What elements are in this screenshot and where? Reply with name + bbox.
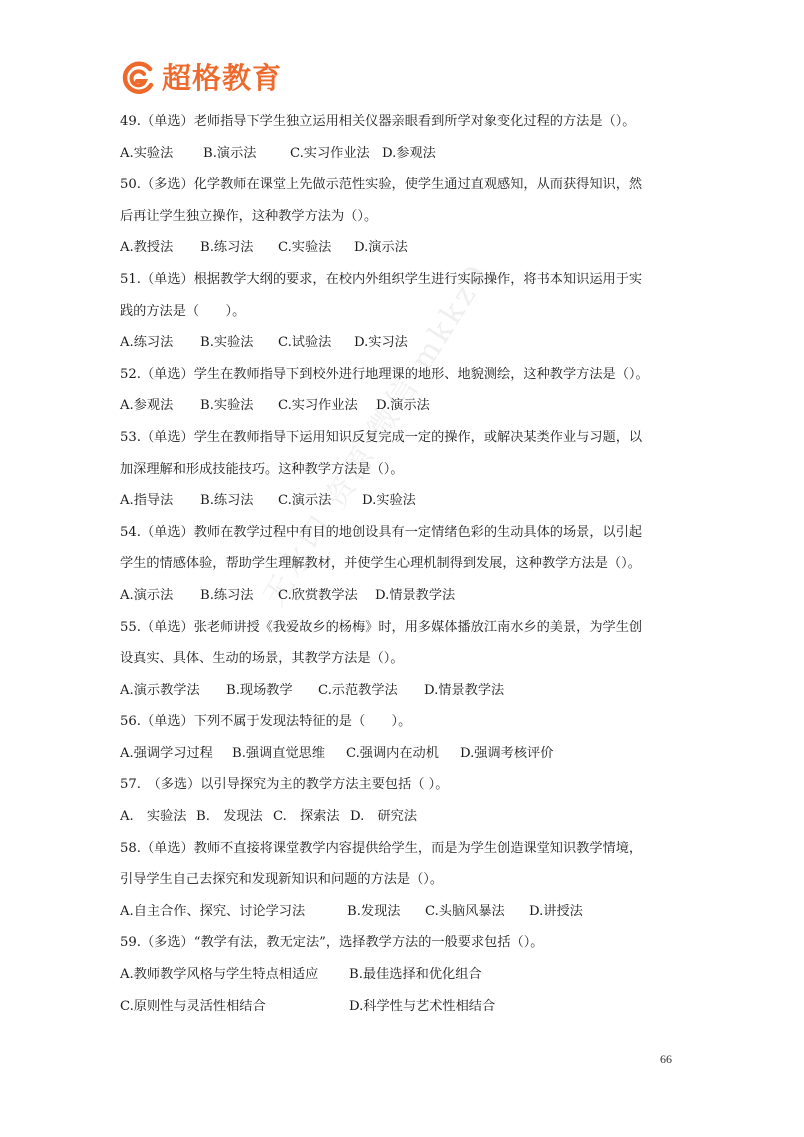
question-58-text-cont: 引导学生自己去探究和发现新知识和问题的方法是（）。 [120,864,690,896]
question-51-text: 51.（单选）根据教学大纲的要求，在校内外组织学生进行实际操作，将书本知识运用于… [120,264,690,296]
question-52-options: A.参观法B.实验法C.实习作业法D.演示法 [120,390,690,422]
option-b: B.练习法 [200,232,278,264]
option-b: B.实验法 [200,327,278,359]
option-c: C.实验法 [278,232,354,264]
question-59-options-row2: C.原则性与灵活性相结合D.科学性与艺术性相结合 [120,991,690,1023]
question-49-options: A.实验法B.演示法C.实习作业法D.参观法 [120,138,690,170]
question-57-options: A. 实验法B. 发现法C. 探索法D. 研究法 [120,801,690,833]
option-b: B.实验法 [200,390,278,422]
option-a: A. 实验法 [120,801,196,833]
option-a: A.参观法 [120,390,200,422]
option-d: D.实习法 [354,327,408,359]
question-54-text-cont: 学生的情感体验，帮助学生理解教材，并使学生心理机制得到发展，这种教学方法是（）。 [120,548,690,580]
question-50-options: A.教授法B.练习法C.实验法D.演示法 [120,232,690,264]
question-53-text-cont: 加深理解和形成技能技巧。这种教学方法是（）。 [120,454,690,486]
question-51-text-cont: 践的方法是（ ）。 [120,296,690,328]
page-number: 66 [660,1052,672,1067]
option-a: A.演示法 [120,580,200,612]
question-53-text: 53.（单选）学生在教师指导下运用知识反复完成一定的操作，或解决某类作业与习题，… [120,422,690,454]
option-a: A.强调学习过程 [120,738,232,770]
option-b: B.演示法 [203,138,290,170]
option-a: A.演示教学法 [120,675,226,707]
option-d: D. 研究法 [350,801,417,833]
option-a: A.自主合作、探究、讨论学习法 [120,896,347,928]
option-a: A.教师教学风格与学生特点相适应 [120,959,349,991]
option-a: A.实验法 [120,138,203,170]
option-d: D.情景教学法 [375,580,455,612]
question-55-text-cont: 设真实、具体、生动的场景，其教学方法是（）。 [120,643,690,675]
logo-g-icon [120,60,156,96]
option-c: C.演示法 [278,485,362,517]
option-d: D.实验法 [362,485,416,517]
option-b: B.现场教学 [226,675,318,707]
question-50-text: 50.（多选）化学教师在课堂上先做示范性实验，使学生通过直观感知，从而获得知识，… [120,169,690,201]
option-b: B.强调直觉思维 [232,738,346,770]
question-50-text-cont: 后再让学生独立操作，这种教学方法为（）。 [120,201,690,233]
option-b: B.练习法 [200,580,278,612]
option-a: A.练习法 [120,327,200,359]
option-c: C. 探索法 [273,801,350,833]
option-c: C.试验法 [278,327,354,359]
question-58-text: 58.（单选）教师不直接将课堂教学内容提供给学生，而是为学生创造课堂知识教学情境… [120,833,690,865]
option-c: C.原则性与灵活性相结合 [120,991,349,1023]
question-56-options: A.强调学习过程B.强调直觉思维C.强调内在动机D.强调考核评价 [120,738,690,770]
option-d: D.讲授法 [529,896,583,928]
question-52-text: 52.（单选）学生在教师指导下到校外进行地理课的地形、地貌测绘，这种教学方法是（… [120,359,690,391]
brand-logo: 超格教育 [120,58,282,98]
option-c: C.示范教学法 [318,675,424,707]
option-c: C.头脑风暴法 [425,896,529,928]
question-49-text: 49.（单选）老师指导下学生独立运用相关仪器亲眼看到所学对象变化过程的方法是（）… [120,106,690,138]
option-b: B. 发现法 [196,801,273,833]
question-55-text: 55.（单选）张老师讲授《我爱故乡的杨梅》时，用多媒体播放江南水乡的美景，为学生… [120,612,690,644]
question-59-options-row1: A.教师教学风格与学生特点相适应B.最佳选择和优化组合 [120,959,690,991]
option-a: A.教授法 [120,232,200,264]
question-list: 49.（单选）老师指导下学生独立运用相关仪器亲眼看到所学对象变化过程的方法是（）… [120,106,690,1022]
question-55-options: A.演示教学法B.现场教学C.示范教学法D.情景教学法 [120,675,690,707]
option-d: D.演示法 [376,390,430,422]
option-c: C.实习作业法 [290,138,382,170]
option-d: D.情景教学法 [424,675,504,707]
question-54-options: A.演示法B.练习法C.欣赏教学法D.情景教学法 [120,580,690,612]
option-d: D.参观法 [382,138,436,170]
question-56-text: 56.（单选）下列不属于发现法特征的是（ ）。 [120,706,690,738]
option-c: C.欣赏教学法 [278,580,375,612]
question-59-text: 59.（多选）“教学有法，教无定法”，选择教学方法的一般要求包括（）。 [120,927,690,959]
option-b: B.发现法 [347,896,425,928]
logo-text: 超格教育 [162,60,282,96]
option-b: B.最佳选择和优化组合 [349,959,482,991]
question-57-text: 57. （多选）以引导探究为主的教学方法主要包括（ ）。 [120,769,690,801]
question-54-text: 54.（单选）教师在教学过程中有目的地创设具有一定情绪色彩的生动具体的场景，以引… [120,517,690,549]
option-d: D.强调考核评价 [460,738,553,770]
option-c: C.实习作业法 [278,390,376,422]
option-d: D.演示法 [354,232,408,264]
question-53-options: A.指导法B.练习法C.演示法D.实验法 [120,485,690,517]
question-51-options: A.练习法B.实验法C.试验法D.实习法 [120,327,690,359]
option-c: C.强调内在动机 [346,738,460,770]
option-b: B.练习法 [200,485,278,517]
option-d: D.科学性与艺术性相结合 [349,991,495,1023]
option-a: A.指导法 [120,485,200,517]
question-58-options: A.自主合作、探究、讨论学习法B.发现法C.头脑风暴法D.讲授法 [120,896,690,928]
